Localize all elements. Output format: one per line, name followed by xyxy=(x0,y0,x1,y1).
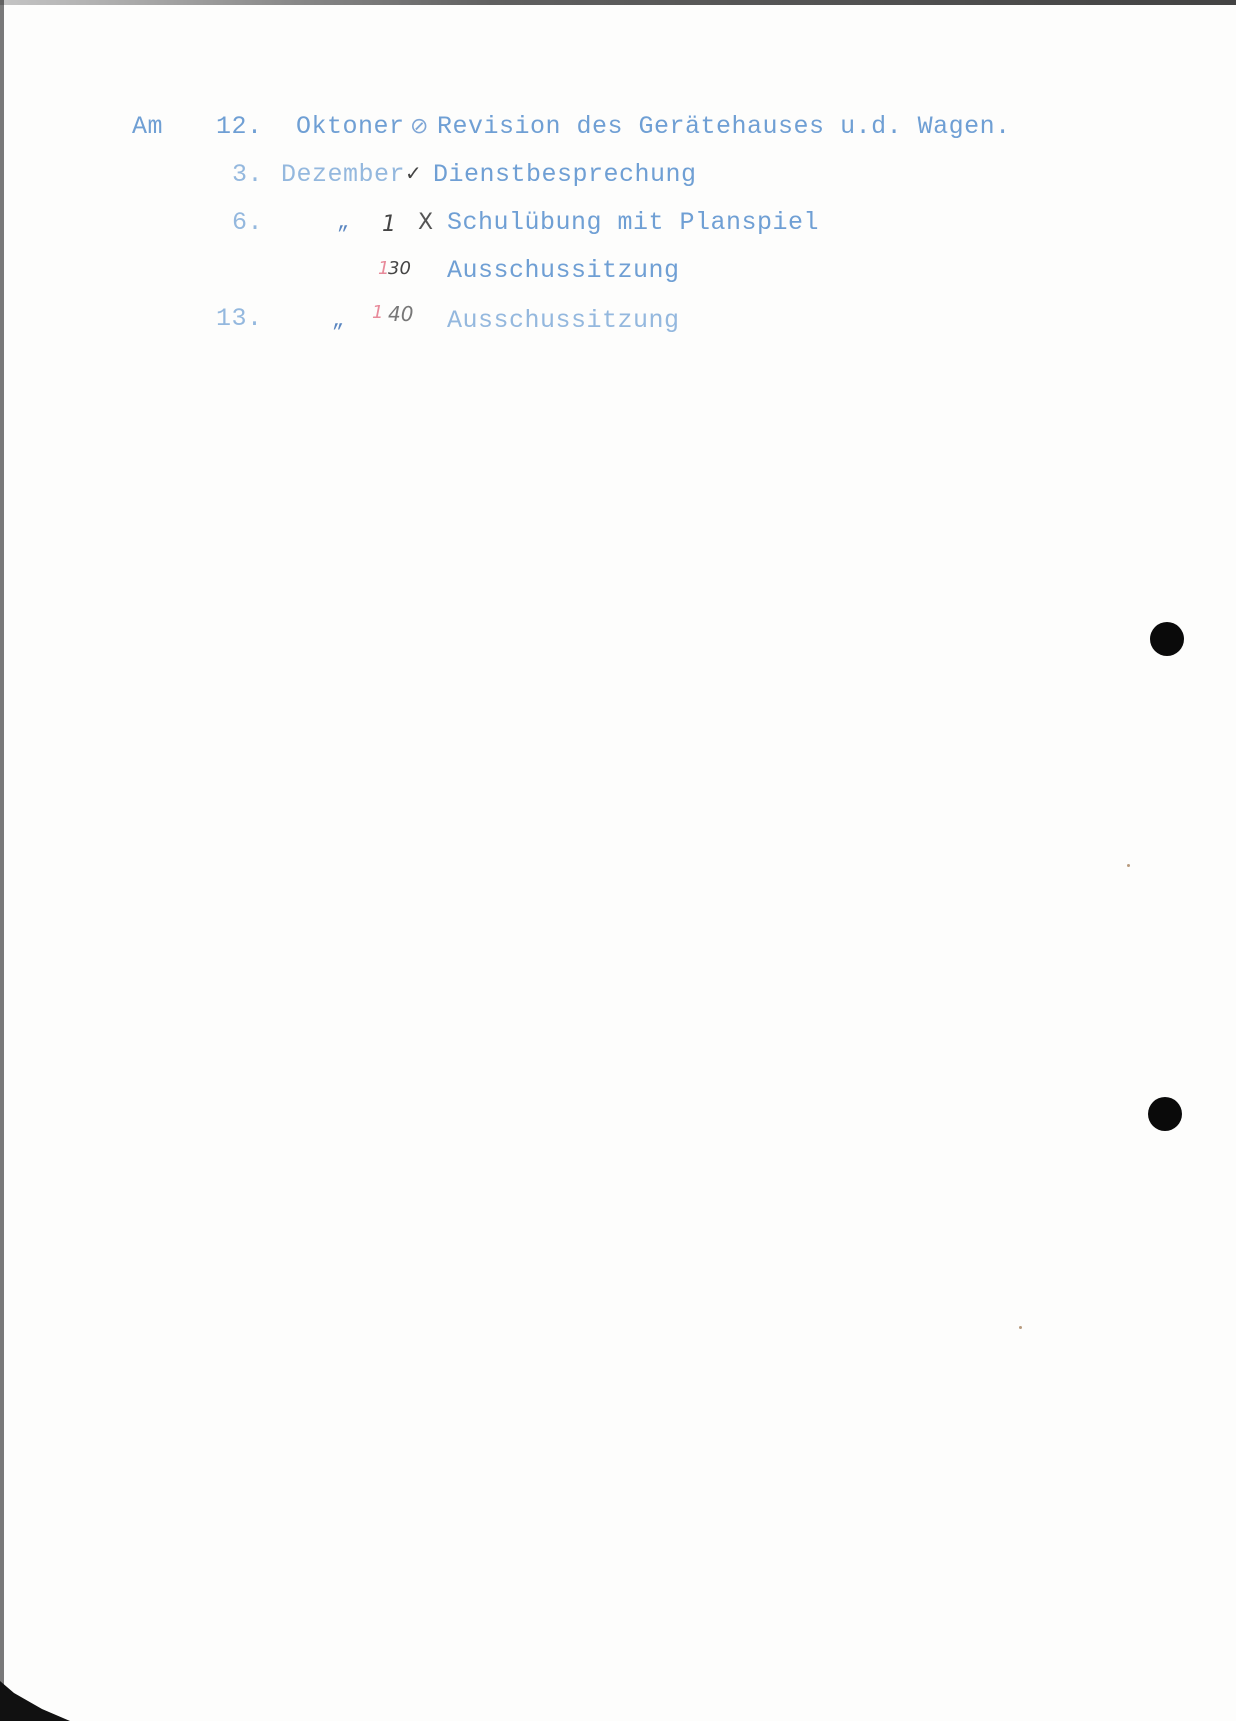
paper-speck xyxy=(1127,864,1130,867)
entry-text: Schulübung mit Planspiel xyxy=(447,208,819,237)
entry-day: 3. xyxy=(232,160,263,189)
page-left-edge xyxy=(0,0,4,1721)
entry-month: Oktoner xyxy=(296,112,405,141)
check-mark-icon: ✓ xyxy=(405,161,422,185)
entry-text: Ausschussitzung xyxy=(447,256,680,285)
handwritten-time-prefix: 1 xyxy=(372,302,383,323)
page-corner-shadow xyxy=(0,1681,70,1721)
entry-month: Dezember xyxy=(281,160,405,189)
entry-text: Dienstbesprechung xyxy=(433,160,697,189)
check-mark-icon: ⊘ xyxy=(410,114,428,139)
handwritten-time: 40 xyxy=(388,302,413,326)
handwritten-time: 30 xyxy=(388,258,411,279)
paper-speck xyxy=(1019,1326,1022,1329)
entry-text: Ausschussitzung xyxy=(447,306,680,335)
entry-day: 12. xyxy=(216,112,263,141)
ditto-mark: „ xyxy=(332,310,345,333)
entry-day: 13. xyxy=(216,304,263,333)
entry-text: Revision des Gerätehauses u.d. Wagen. xyxy=(437,112,1011,141)
handwritten-time: 1 xyxy=(382,212,396,237)
page-top-edge xyxy=(0,0,1236,5)
punch-hole-lower xyxy=(1148,1097,1182,1131)
entry-day: 6. xyxy=(232,208,263,237)
cross-mark-icon: X xyxy=(418,210,433,235)
intro-word: Am xyxy=(132,112,163,141)
ditto-mark: „ xyxy=(337,212,350,235)
punch-hole-upper xyxy=(1150,622,1184,656)
